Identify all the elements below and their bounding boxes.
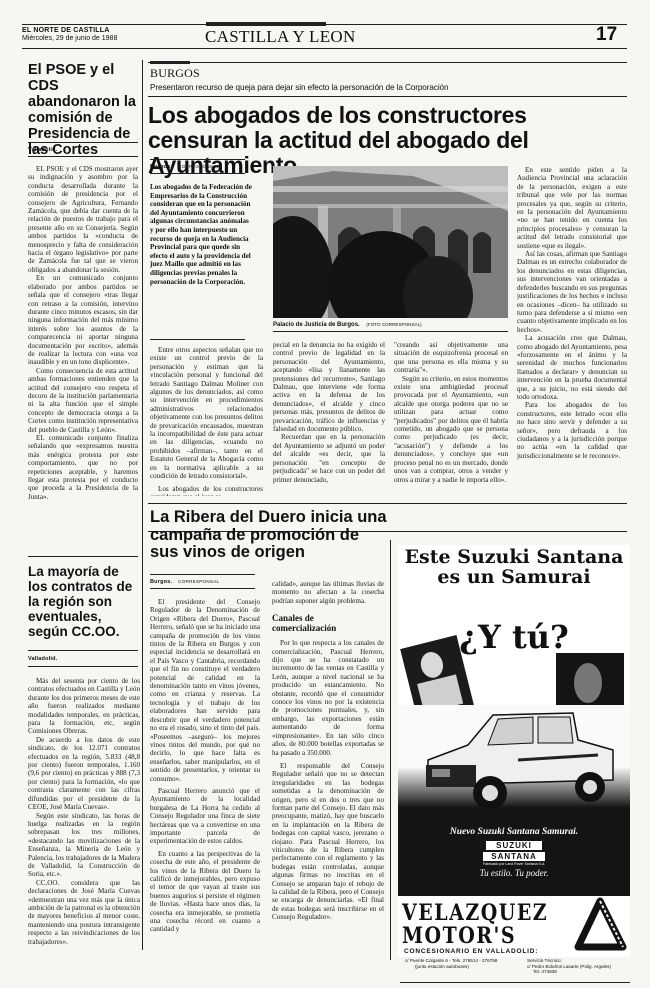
paragraph: Recuerdan que en la personación del Ayun… (273, 433, 385, 483)
page-number: 17 (596, 24, 617, 46)
ad-photo-woman (556, 653, 624, 708)
issue-date: Miércoles, 29 de junio de 1988 (22, 35, 117, 42)
ad-brand-panel: Nuevo Suzuki Santana Samurai. SUZUKI SAN… (398, 841, 630, 896)
photo-credit: (FOTO CORRESPONSAL) (366, 322, 421, 327)
ad-product-line: Nuevo Suzuki Santana Samurai. (398, 827, 630, 837)
dateline: Valladolid. (28, 656, 57, 662)
paragraph: EL PSOE y el CDS mostraron ayer su indig… (28, 165, 138, 274)
paragraph: Según este sindicato, las horas de huelg… (28, 812, 140, 879)
byline: CORRESPONSAL (178, 579, 219, 584)
story-kicker: Presentaron recurso de queja para dejar … (150, 83, 448, 92)
ad-brand-small: Fabricado por Land Rover Santana S.A. (398, 862, 630, 866)
paragraph: Para los abogados de los constructores, … (517, 401, 627, 460)
paragraph: Más del sesenta por ciento de los contra… (28, 677, 140, 736)
byline-top-rule (150, 574, 255, 575)
article-headline-psoe-cds: El PSOE y el CDS abandonaron la comisión… (28, 62, 138, 158)
building-photo-illustration (273, 166, 508, 318)
section-top-rule (148, 62, 627, 63)
headline-underline (28, 650, 138, 651)
paragraph: Como consecuencia de esta actitud ambas … (28, 367, 138, 434)
ad-bottom-rule (400, 982, 630, 983)
dealer-name-line2: MOTOR'S (402, 925, 548, 948)
paragraph: Por lo que respecta a los canales de com… (272, 639, 384, 757)
service-phone: Tel. 474838 (527, 969, 637, 975)
dealer-name: VELAZQUEZ MOTOR'S (402, 902, 548, 948)
ribera-dateline-byline: Burgos.CORRESPONSAL (150, 579, 219, 585)
article-headline-contratos: La mayoría de los contratos de la región… (28, 564, 140, 639)
dealer-name-line1: VELAZQUEZ (402, 902, 548, 925)
paragraph: El responsable del Consejo Regulador señ… (272, 762, 384, 922)
ad-headline: Este Suzuki Santana es un Samurai (398, 547, 630, 587)
paragraph: Los abogados de los constructores consid… (150, 485, 263, 497)
paragraph: Pascual Herrero anunció que el Ayuntamie… (150, 787, 260, 846)
paper-name: EL NORTE DE CASTILLA (22, 27, 109, 34)
caption-underline (273, 331, 508, 332)
kicker-underline (148, 96, 627, 97)
masthead-bottom-rule (22, 48, 627, 49)
story-column-1: Entre otros aspectos señalan que no exis… (150, 346, 263, 496)
headline-underline (28, 142, 138, 143)
paragraph: CC.OO. considera que las declaraciones d… (28, 879, 140, 946)
ribera-column-1: El presidente del Consejo Regulador de l… (150, 598, 260, 978)
dateline: Burgos. (150, 164, 172, 170)
photo-palacio-justicia (273, 166, 508, 318)
byline: CORRESPONSAL (178, 164, 219, 169)
photo-caption: Palacio de Justicia de Burgos. (FOTO COR… (273, 322, 422, 328)
section-tab-bar (150, 61, 190, 64)
subhead-canales: Canales de comercialización (272, 613, 342, 633)
story-column-4: En este sentido piden a la Audiencia Pro… (517, 166, 627, 501)
paragraph: pecial en la denuncia no ha exigido el c… (273, 341, 385, 433)
paragraph: Así las cosas, afirman que Santiago Dalm… (517, 250, 627, 334)
section-label-burgos: BURGOS (150, 66, 200, 81)
dateline-byline: Burgos.CORRESPONSAL (150, 164, 219, 170)
paragraph: Según su criterio, en estos momentos exi… (394, 375, 508, 484)
ad-divider (390, 540, 391, 960)
section-title: CASTILLA Y LEON (205, 27, 356, 47)
story-lede: Los abogados de la Federación de Empresa… (150, 183, 253, 286)
story-column-2: pecial en la denuncia no ha exigido el c… (273, 341, 385, 496)
ribera-col2-body: Por lo que respecta a los canales de com… (272, 639, 384, 921)
ad-car-panel (398, 705, 630, 842)
paragraph: "creando así objetivamente una situación… (394, 341, 508, 375)
suzuki-advertisement[interactable]: Este Suzuki Santana es un Samurai ¿Y tú?… (398, 545, 630, 957)
paragraph: El presidente del Consejo Regulador de l… (150, 598, 260, 783)
paragraph: En este sentido piden a la Audiencia Pro… (517, 166, 627, 250)
byline-bottom-rule (150, 173, 245, 174)
article-body-psoe-cds: EL PSOE y el CDS mostraron ayer su indig… (28, 165, 138, 547)
paragraph: La acusación cree que Dalmau, como aboga… (517, 334, 627, 401)
article-body-contratos: Más del sesenta por ciento de los contra… (28, 677, 140, 977)
story-column-3: "creando así objetivamente una situación… (394, 341, 508, 496)
paragraph: calidad», aunque las últimas lluvias de … (272, 580, 384, 605)
caption-text: Palacio de Justicia de Burgos. (273, 322, 360, 328)
dateline: Burgos. (150, 579, 172, 585)
paragraph: En un comunicado conjunto elaborado por … (28, 274, 138, 366)
byline-bottom-rule (150, 588, 255, 589)
paragraph: De acuerdo a los datos de este sindicato… (28, 736, 140, 812)
ad-slogan: Tu estilo. Tu poder. (398, 868, 630, 878)
byline-top-rule (150, 159, 245, 160)
ad-headline-line2: es un Samurai (398, 567, 630, 587)
story-bottom-rule (148, 503, 627, 504)
dateline-underline (28, 666, 138, 667)
suzuki-logo: SUZUKI (486, 841, 542, 850)
dealer-triangle-logo (573, 897, 628, 955)
dealer-address-note: (junto estación autobuses) (405, 964, 515, 970)
dateline: Valladolid. (28, 147, 57, 153)
ad-headline-line1: Este Suzuki Santana (398, 547, 630, 567)
article-separator (28, 556, 138, 557)
santana-logo: SANTANA (483, 852, 545, 861)
ribera-column-2: calidad», aunque las últimas lluvias de … (272, 580, 384, 980)
column-divider-left (142, 60, 143, 950)
suzuki-samurai-car-illustration (398, 705, 630, 815)
lede-bottom-rule (150, 339, 245, 340)
paragraph: En cuanto a las perspectivas de la cosec… (150, 850, 260, 934)
ribera-headline: La Ribera del Duero inicia una campaña d… (150, 509, 390, 562)
section-tab-bar (206, 22, 326, 26)
dateline-underline (28, 156, 138, 157)
dealer-tagline: CONCESIONARIO EN VALLADOLID: (404, 948, 538, 955)
paragraph: EL comunicado conjunto finaliza señaland… (28, 434, 138, 501)
paragraph: Entre otros aspectos señalan que no exis… (150, 346, 263, 481)
